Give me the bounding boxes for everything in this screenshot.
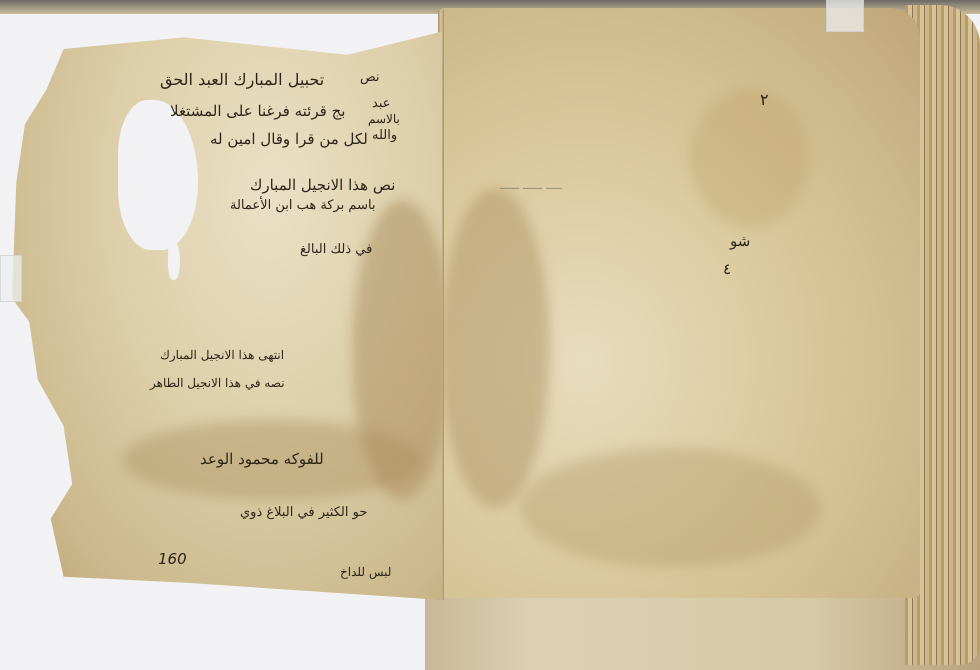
text-line: باسم بركة هب ابن الأعمالة	[230, 198, 376, 213]
page-mark: ٢	[760, 90, 769, 109]
manuscript-photo: ٢ شو ٤ ــــ ـــــ ـــــ تحبيل المبارك ال…	[0, 0, 980, 670]
text-line: حو الكثير في البلاغ ذوي	[240, 505, 367, 520]
text-line: انتهى هذا الانجيل المبارك	[160, 348, 284, 362]
tape	[0, 255, 22, 302]
margin-note: والله	[372, 128, 397, 143]
underlying-leaf	[425, 590, 980, 670]
right-page: ٢ شو ٤ ــــ ـــــ ـــــ	[440, 8, 920, 598]
page-mark: ٤	[723, 260, 731, 278]
text-line: بج قرئته فرغنا على المشتغلا	[170, 102, 345, 120]
margin-note: عبد	[372, 96, 391, 111]
text-line: لكل من قرا وقال امين له	[210, 130, 368, 148]
text-line: تحبيل المبارك العبد الحق	[160, 70, 324, 89]
text-line: نصه في هذا الانجيل الطاهر	[150, 376, 285, 390]
text-line: للفوكه محمود الوعد	[200, 450, 324, 468]
folio-number: 160	[158, 550, 187, 568]
text-line: في ذلك البالغ	[300, 242, 372, 257]
margin-note: نص	[360, 70, 380, 85]
margin-note: بالاسم	[368, 112, 400, 126]
page-mark: شو	[730, 232, 750, 250]
text-line: نص هذا الانجيل المبارك	[250, 176, 395, 194]
tape	[826, 0, 864, 32]
text-line: لبس للداخ	[340, 565, 391, 579]
